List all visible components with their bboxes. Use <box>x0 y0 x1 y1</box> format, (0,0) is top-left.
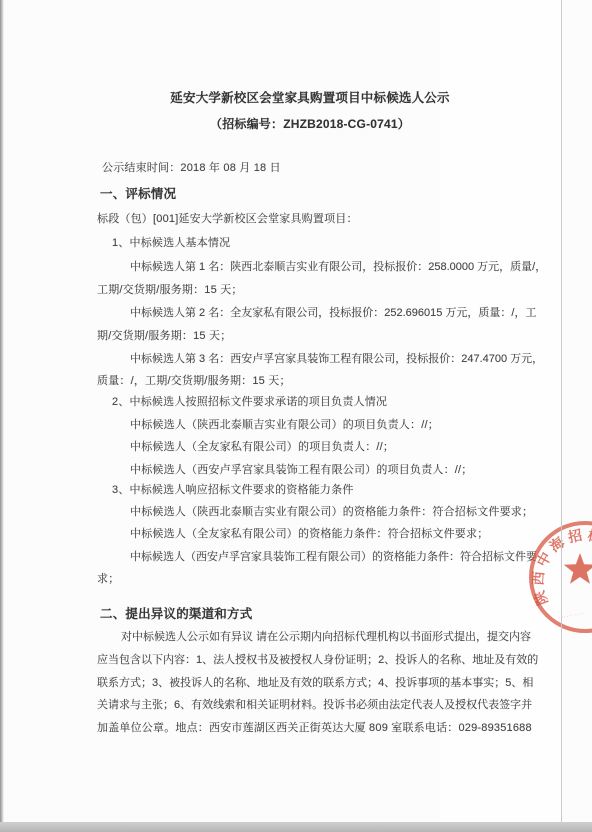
candidate-3-cont: 质量：/，工期/交货期/服务期：15 天； <box>97 370 523 393</box>
scanned-page: 延安大学新校区会堂家具购置项目中标候选人公示（招标编号：ZHZB2018-CG-… <box>0 0 592 832</box>
scan-left-edge <box>0 0 4 832</box>
scan-bottom-edge <box>0 822 592 832</box>
objection-line-5: 加盖单位公章。地点：西安市莲湖区西关正街英达大厦 809 室联系电话：029-8… <box>97 717 523 740</box>
document-body: 延安大学新校区会堂家具购置项目中标候选人公示（招标编号：ZHZB2018-CG-… <box>97 0 523 740</box>
objection-line-4: 关请求与主张；6、有效线索和相关证明材料。投诉书必须由法定代表人及授权代表签字并 <box>97 694 523 717</box>
candidate-2-cont: 期/交货期/服务期：15 天； <box>97 325 523 348</box>
star-icon <box>564 553 592 584</box>
section-1-heading: 一、评标情况 <box>97 183 523 206</box>
qualification-1-line: 中标候选人（陕西北泰顺吉实业有限公司）的资格能力条件：符合招标文件要求； <box>97 501 523 524</box>
qualification-2-line: 中标候选人（全友家私有限公司）的资格能力条件：符合招标文件要求； <box>97 523 523 546</box>
doc-title: 延安大学新校区会堂家具购置项目中标候选人公示 <box>97 88 523 108</box>
section-2-heading: 二、提出异议的渠道和方式 <box>97 603 523 626</box>
lot-line: 标段（包）[001]延安大学新校区会堂家具购置项目： <box>97 208 523 231</box>
tender-number: （招标编号：ZHZB2018-CG-0741） <box>97 114 523 134</box>
objection-line-1: 对中标候选人公示如有异议 请在公示期内向招标代理机构以书面形式提出，提交内容 <box>97 626 523 649</box>
candidate-1-line: 中标候选人第 1 名：陕西北泰顺吉实业有限公司，投标报价：258.0000 万元… <box>97 256 523 279</box>
manager-1-line: 中标候选人（陕西北泰顺吉实业有限公司）的项目负责人：//； <box>97 414 523 437</box>
candidate-2-line: 中标候选人第 2 名：全友家私有限公司，投标报价：252.696015 万元，质… <box>97 302 523 325</box>
qualification-3-line: 中标候选人（西安卢孚宫家具装饰工程有限公司）的资格能力条件：符合招标文件要 <box>97 546 523 569</box>
item-2-heading: 2、中标候选人按照招标文件要求承诺的项目负责人情况 <box>97 391 523 414</box>
page-fold-line <box>561 0 562 822</box>
item-3-heading: 3、中标候选人响应招标文件要求的资格能力条件 <box>97 479 523 502</box>
publicity-end-date: 公示结束时间：2018 年 08 月 18 日 <box>97 157 523 180</box>
item-1-heading: 1、中标候选人基本情况 <box>97 232 523 255</box>
seal-microtext: ·········· <box>558 610 585 621</box>
seal-character: 招 <box>566 527 584 546</box>
qualification-3-cont: 求； <box>97 568 523 591</box>
candidate-1-cont: 工期/交货期/服务期：15 天； <box>97 279 523 302</box>
manager-2-line: 中标候选人（全友家私有限公司）的项目负责人：//； <box>97 436 523 459</box>
candidate-3-line: 中标候选人第 3 名：西安卢孚宫家具装饰工程有限公司，投标报价：247.4700… <box>97 348 523 371</box>
objection-line-3: 联系方式；3、被投诉人的名称、地址及有效的联系方式；4、投诉事项的基本事实；5、… <box>97 672 523 695</box>
seal-character: 标 <box>585 527 592 546</box>
manager-3-line: 中标候选人（西安卢孚宫家具装饰工程有限公司）的项目负责人：//； <box>97 459 523 482</box>
objection-line-2: 应当包含以下内容：1、法人授权书及被授权人身份证明；2、投诉人的名称、地址及有效… <box>97 649 523 672</box>
